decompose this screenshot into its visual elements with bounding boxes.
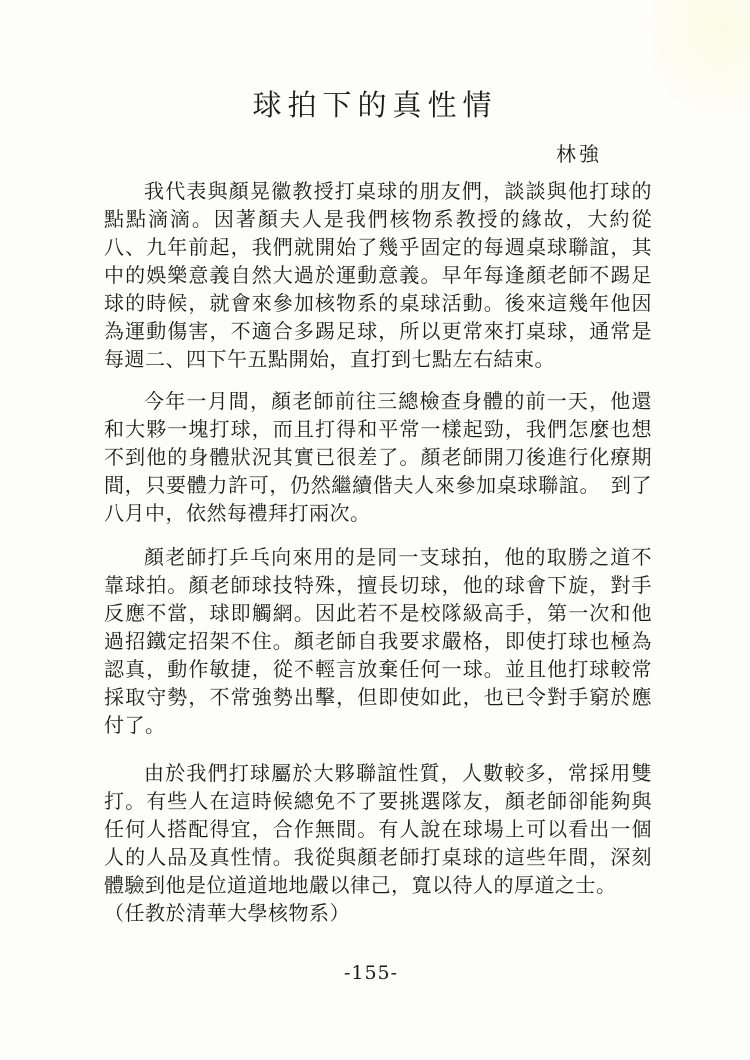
affiliation-note: （任教於清華大學核物系）	[104, 899, 652, 927]
document-page: 球拍下的真性情 林強 我代表與顏晃徽教授打桌球的朋友們，談談與他打球的點點滴滴。…	[0, 0, 750, 1060]
body-paragraph-1: 我代表與顏晃徽教授打桌球的朋友們，談談與他打球的點點滴滴。因著顏夫人是我們核物系…	[104, 177, 652, 373]
body-paragraph-3: 顏老師打乒乓向來用的是同一支球拍，他的取勝之道不靠球拍。顏老師球技特殊，擅長切球…	[104, 543, 652, 739]
body-paragraph-4: 由於我們打球屬於大夥聯誼性質，人數較多，常採用雙打。有些人在這時候總免不了要挑選…	[104, 759, 652, 899]
essay-body: 林強 我代表與顏晃徽教授打桌球的朋友們，談談與他打球的點點滴滴。因著顏夫人是我們…	[104, 140, 652, 927]
author-name: 林強	[104, 140, 652, 168]
page-number: -155-	[0, 962, 742, 984]
page-title: 球拍下的真性情	[0, 0, 750, 124]
body-paragraph-2: 今年一月間，顏老師前往三總檢查身體的前一天，他還和大夥一塊打球，而且打得和平常一…	[104, 387, 652, 527]
